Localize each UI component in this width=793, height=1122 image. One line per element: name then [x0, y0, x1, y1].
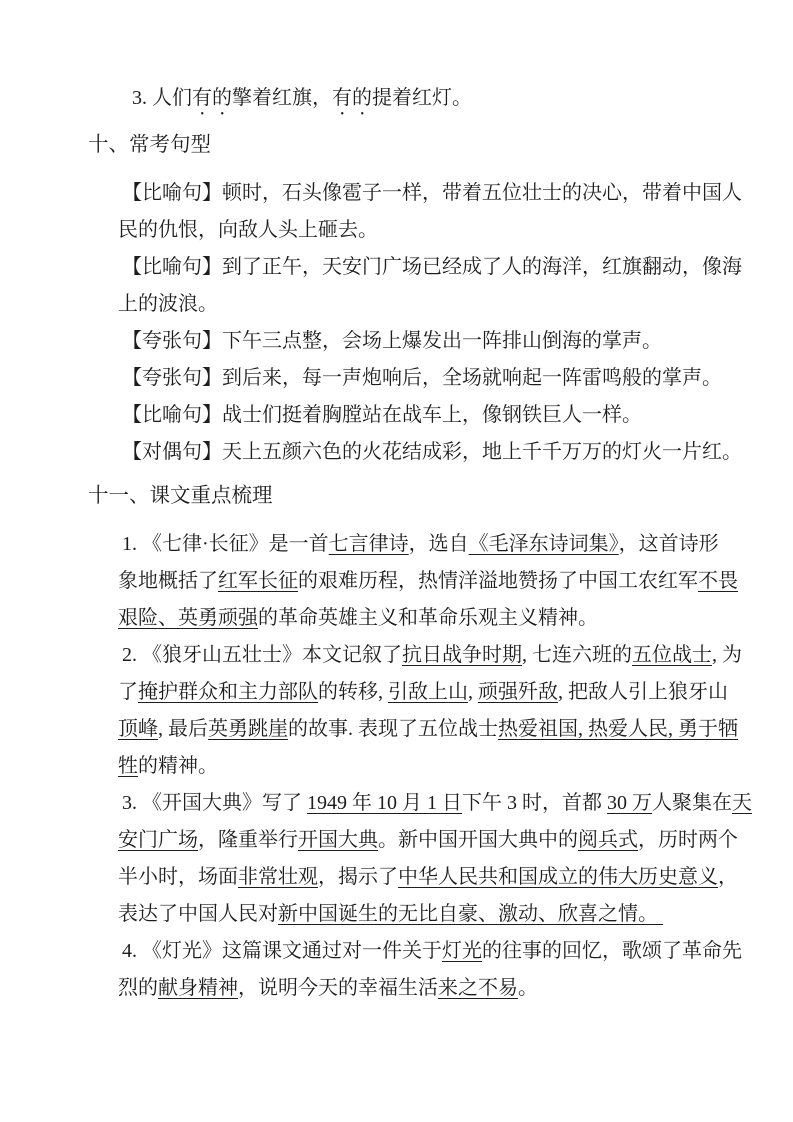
underlined-text: 安门广场: [118, 829, 198, 851]
text-segment: 1. 《七律·长征》是一首: [122, 533, 329, 555]
text-line: 半小时，场面非常壮观，揭示了中华人民共和国成立的伟大历史意义，: [118, 859, 723, 896]
text-segment: 擎着红旗，: [232, 87, 332, 109]
paragraph: 【比喻句】到了正午，天安门广场已经成了人的海洋，红旗翻动，像海上的波浪。: [118, 249, 723, 323]
text-segment: 【夸张句】下午三点整，会场上爆发出一阵排山倒海的掌声。: [122, 330, 662, 352]
underlined-text: 五位战士: [632, 644, 712, 666]
text-segment: 半小时，场面: [118, 866, 238, 888]
text-segment: , 最后: [158, 718, 208, 740]
underlined-text: 开国大典: [298, 829, 378, 851]
text-segment: 。: [518, 977, 538, 999]
text-line: 4. 《灯光》这篇课文通过对一件关于灯光的往事的回忆，歌颂了革命先: [118, 933, 723, 970]
text-segment: 【比喻句】到了正午，天安门广场已经成了人的海洋，红旗翻动，像海: [122, 256, 742, 278]
paragraph: 4. 《灯光》这篇课文通过对一件关于灯光的往事的回忆，歌颂了革命先烈的献身精神，…: [118, 933, 723, 1007]
underlined-text: 阅兵式: [578, 829, 638, 851]
text-segment: 下午 3 时，首都: [462, 792, 607, 814]
emphasized-text: 有的: [192, 87, 232, 109]
text-segment: 人聚集在: [652, 792, 732, 814]
text-segment: 的革命英雄主义和革命乐观主义精神。: [258, 607, 598, 629]
paragraph: 【夸张句】到后来，每一声炮响后，全场就响起一阵雷鸣般的掌声。: [118, 360, 723, 397]
underlined-text: 《毛泽东诗词集》: [469, 533, 619, 555]
text-line: 3. 人们有的擎着红旗，有的提着红灯。: [128, 80, 723, 120]
text-segment: 表达了中国人民对: [118, 903, 278, 925]
underlined-text: 献身精神: [158, 977, 238, 999]
paragraph: 【比喻句】顿时，石头像雹子一样，带着五位壮士的决心，带着中国人民的仇恨，向敌人头…: [118, 175, 723, 249]
underlined-text: 顽强歼敌: [478, 681, 558, 703]
underlined-text: 天: [732, 792, 752, 814]
underlined-text: 牲: [118, 755, 138, 777]
text-line: 顶峰, 最后英勇跳崖的故事. 表现了五位战士热爱祖国, 热爱人民, 勇于牺: [118, 711, 723, 748]
underlined-text: 顶峰: [118, 718, 158, 740]
text-line: 3. 《开国大典》写了 1949 年 10 月 1 日下午 3 时，首都 30 …: [118, 785, 723, 822]
underlined-text: 1949 年 10 月 1 日: [307, 792, 462, 814]
text-line: 上的波浪。: [118, 286, 723, 323]
text-segment: 的往事的回忆，歌颂了革命先: [482, 940, 742, 962]
paragraph: 【比喻句】战士们挺着胸膛站在战车上，像钢铁巨人一样。: [118, 397, 723, 434]
text-segment: 的故事. 表现了五位战士: [288, 718, 498, 740]
section-heading: 十一、课文重点梳理: [88, 478, 723, 515]
text-line: 【比喻句】顿时，石头像雹子一样，带着五位壮士的决心，带着中国人: [118, 175, 723, 212]
text-line: 烈的献身精神，说明今天的幸福生活来之不易。: [118, 970, 723, 1007]
paragraph: 2. 《狼牙山五壮士》本文记叙了抗日战争时期, 七连六班的五位战士, 为了掩护群…: [118, 637, 723, 785]
text-line: 1. 《七律·长征》是一首七言律诗，选自《毛泽东诗词集》，这首诗形: [118, 526, 723, 563]
text-segment: 的转移,: [318, 681, 388, 703]
text-segment: 【对偶句】天上五颜六色的火花结成彩，地上千千万万的灯火一片红。: [122, 441, 742, 463]
text-line: 表达了中国人民对新中国诞生的无比自豪、激动、欣喜之情。: [118, 896, 723, 933]
paragraph: 3. 《开国大典》写了 1949 年 10 月 1 日下午 3 时，首都 30 …: [118, 785, 723, 933]
underlined-text: 新中国诞生的无比自豪、激动、欣喜之情。: [278, 903, 663, 925]
text-segment: ，说明今天的幸福生活: [238, 977, 438, 999]
text-segment: ，这首诗形: [619, 533, 719, 555]
text-segment: , 七连六班的: [522, 644, 632, 666]
text-segment: ，历时两个: [638, 829, 738, 851]
paragraph: 【夸张句】下午三点整，会场上爆发出一阵排山倒海的掌声。: [118, 323, 723, 360]
text-segment: 【夸张句】到后来，每一声炮响后，全场就响起一阵雷鸣般的掌声。: [122, 367, 722, 389]
text-line: 安门广场，隆重举行开国大典。新中国开国大典中的阅兵式，历时两个: [118, 822, 723, 859]
section-heading: 十、常考句型: [88, 127, 723, 164]
underlined-text: 艰险、英勇顽强: [118, 607, 258, 629]
text-segment: 【比喻句】顿时，石头像雹子一样，带着五位壮士的决心，带着中国人: [122, 182, 742, 204]
underlined-text: 英勇跳崖: [208, 718, 288, 740]
paragraph: 【对偶句】天上五颜六色的火花结成彩，地上千千万万的灯火一片红。: [118, 434, 723, 471]
text-segment: 的艰难历程，热情洋溢地赞扬了中国工农红军: [298, 570, 698, 592]
underlined-text: 七言律诗: [329, 533, 409, 555]
underlined-text: 中华人民共和国成立的伟大历史意义: [398, 866, 718, 888]
underlined-text: 掩护群众和主力部队: [138, 681, 318, 703]
text-segment: ，选自: [409, 533, 469, 555]
text-segment: ，: [718, 866, 738, 888]
text-segment: , 把敌人引上狼牙山: [558, 681, 728, 703]
text-segment: 上的波浪。: [118, 293, 218, 315]
underlined-text: 不畏: [698, 570, 738, 592]
document-content: 3. 人们有的擎着红旗，有的提着红灯。十、常考句型【比喻句】顿时，石头像雹子一样…: [88, 80, 723, 1007]
underlined-text: 引敌上山: [388, 681, 468, 703]
text-segment: ，揭示了: [318, 866, 398, 888]
text-segment: 了: [118, 681, 138, 703]
paragraph: 3. 人们有的擎着红旗，有的提着红灯。: [128, 80, 723, 120]
text-line: 了掩护群众和主力部队的转移, 引敌上山, 顽强歼敌, 把敌人引上狼牙山: [118, 674, 723, 711]
text-line: 2. 《狼牙山五壮士》本文记叙了抗日战争时期, 七连六班的五位战士, 为: [118, 637, 723, 674]
text-line: 【夸张句】下午三点整，会场上爆发出一阵排山倒海的掌声。: [118, 323, 723, 360]
text-segment: 烈的: [118, 977, 158, 999]
underlined-text: 来之不易: [438, 977, 518, 999]
text-segment: ,: [468, 681, 478, 703]
text-segment: 3. 《开国大典》写了: [122, 792, 307, 814]
text-line: 【对偶句】天上五颜六色的火花结成彩，地上千千万万的灯火一片红。: [118, 434, 723, 471]
underlined-text: 灯光: [442, 940, 482, 962]
text-segment: 提着红灯。: [372, 87, 472, 109]
underlined-text: 红军长征: [218, 570, 298, 592]
text-line: 【比喻句】战士们挺着胸膛站在战车上，像钢铁巨人一样。: [118, 397, 723, 434]
text-segment: 【比喻句】战士们挺着胸膛站在战车上，像钢铁巨人一样。: [122, 404, 642, 426]
text-line: 牲的精神。: [118, 748, 723, 785]
text-segment: 。新中国开国大典中的: [378, 829, 578, 851]
text-segment: , 为: [712, 644, 742, 666]
text-line: 艰险、英勇顽强的革命英雄主义和革命乐观主义精神。: [118, 600, 723, 637]
text-segment: 4. 《灯光》这篇课文通过对一件关于: [122, 940, 442, 962]
text-segment: 2. 《狼牙山五壮士》本文记叙了: [122, 644, 402, 666]
underlined-text: 抗日战争时期: [402, 644, 522, 666]
text-segment: ，隆重举行: [198, 829, 298, 851]
text-line: 民的仇恨，向敌人头上砸去。: [118, 212, 723, 249]
text-segment: 象地概括了: [118, 570, 218, 592]
underlined-text: 非常壮观: [238, 866, 318, 888]
text-segment: 的精神。: [138, 755, 218, 777]
text-segment: 民的仇恨，向敌人头上砸去。: [118, 219, 378, 241]
underlined-text: 30 万: [607, 792, 652, 814]
document-page: 3. 人们有的擎着红旗，有的提着红灯。十、常考句型【比喻句】顿时，石头像雹子一样…: [0, 0, 793, 1122]
text-line: 象地概括了红军长征的艰难历程，热情洋溢地赞扬了中国工农红军不畏: [118, 563, 723, 600]
underlined-text: 热爱祖国, 热爱人民, 勇于牺: [498, 718, 738, 740]
text-segment: 3. 人们: [132, 87, 192, 109]
text-line: 【比喻句】到了正午，天安门广场已经成了人的海洋，红旗翻动，像海: [118, 249, 723, 286]
emphasized-text: 有的: [332, 87, 372, 109]
paragraph: 1. 《七律·长征》是一首七言律诗，选自《毛泽东诗词集》，这首诗形象地概括了红军…: [118, 526, 723, 637]
text-line: 【夸张句】到后来，每一声炮响后，全场就响起一阵雷鸣般的掌声。: [118, 360, 723, 397]
